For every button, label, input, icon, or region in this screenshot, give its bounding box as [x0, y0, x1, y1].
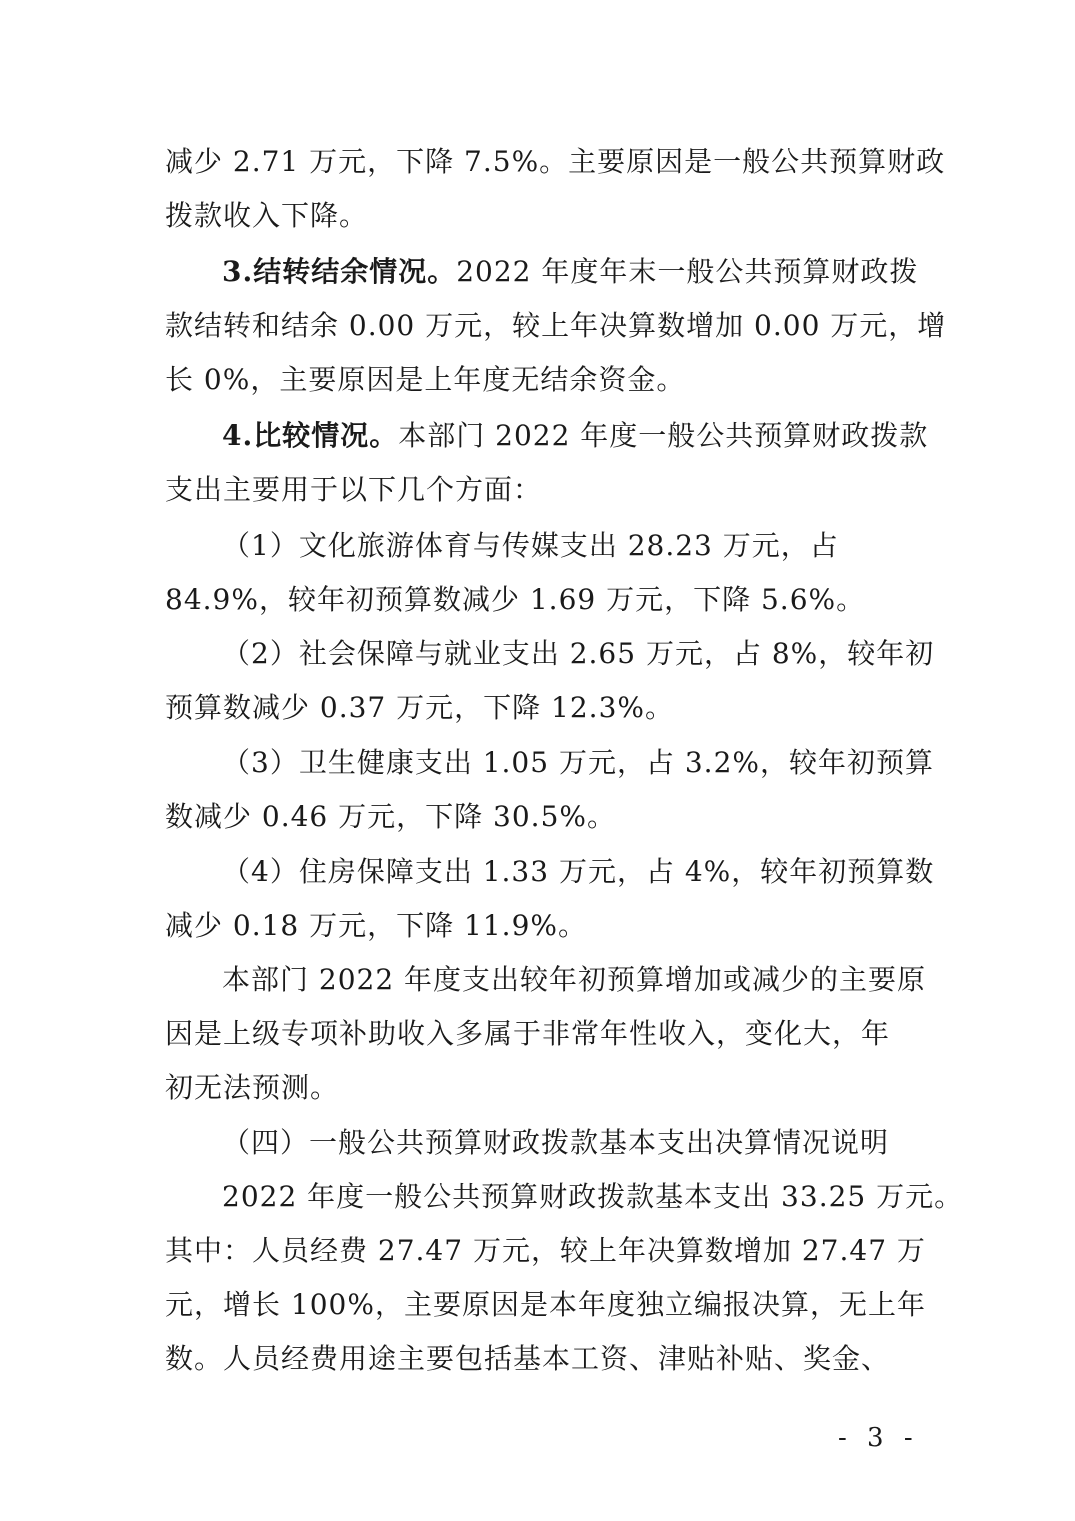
- text-line: 2022 年度一般公共预算财政拨款基本支出 33.25 万元。: [222, 1177, 963, 1217]
- section-3-heading: 3.结转结余情况。: [222, 255, 456, 288]
- list-item-3: （3）卫生健康支出 1.05 万元，占 3.2%，较年初预算: [222, 743, 934, 783]
- text-line: 长 0%，主要原因是上年度无结余资金。: [165, 360, 685, 400]
- text-line: 款结转和结余 0.00 万元，较上年决算数增加 0.00 万元，增: [165, 306, 946, 346]
- text-line: 因是上级专项补助收入多属于非常年性收入，变化大，年: [165, 1014, 890, 1054]
- text-line: 数。人员经费用途主要包括基本工资、津贴补贴、奖金、: [165, 1339, 890, 1379]
- text-span: 本部门 2022 年度一般公共预算财政拨款: [398, 419, 928, 452]
- list-item-2: （2）社会保障与就业支出 2.65 万元，占 8%，较年初: [222, 634, 934, 674]
- text-line: 拨款收入下降。: [165, 196, 368, 236]
- text-line: 支出主要用于以下几个方面：: [165, 470, 542, 510]
- text-line: 预算数减少 0.37 万元，下降 12.3%。: [165, 688, 674, 728]
- text-span: 2022 年度年末一般公共预算财政拨: [456, 255, 918, 288]
- list-item-1: （1）文化旅游体育与传媒支出 28.23 万元，占: [222, 526, 839, 566]
- section-4-heading-line: 4.比较情况。本部门 2022 年度一般公共预算财政拨款: [222, 416, 928, 456]
- section-4-heading: 4.比较情况。: [222, 419, 398, 452]
- text-line: 减少 2.71 万元，下降 7.5%。主要原因是一般公共预算财政: [165, 142, 945, 182]
- section-four-heading: （四）一般公共预算财政拨款基本支出决算情况说明: [222, 1123, 889, 1163]
- text-line: 其中：人员经费 27.47 万元，较上年决算数增加 27.47 万: [165, 1231, 926, 1271]
- text-line: 减少 0.18 万元，下降 11.9%。: [165, 906, 587, 946]
- page-number: - 3 -: [838, 1423, 919, 1453]
- text-line: 84.9%，较年初预算数减少 1.69 万元，下降 5.6%。: [165, 580, 865, 620]
- text-line: 初无法预测。: [165, 1068, 339, 1108]
- section-3-heading-line: 3.结转结余情况。2022 年度年末一般公共预算财政拨: [222, 252, 918, 292]
- document-page: 减少 2.71 万元，下降 7.5%。主要原因是一般公共预算财政 拨款收入下降。…: [0, 0, 1075, 1521]
- text-line: 本部门 2022 年度支出较年初预算增加或减少的主要原: [222, 960, 926, 1000]
- text-line: 数减少 0.46 万元，下降 30.5%。: [165, 797, 616, 837]
- text-line: 元，增长 100%，主要原因是本年度独立编报决算，无上年: [165, 1285, 926, 1325]
- list-item-4: （4）住房保障支出 1.33 万元，占 4%，较年初预算数: [222, 852, 934, 892]
